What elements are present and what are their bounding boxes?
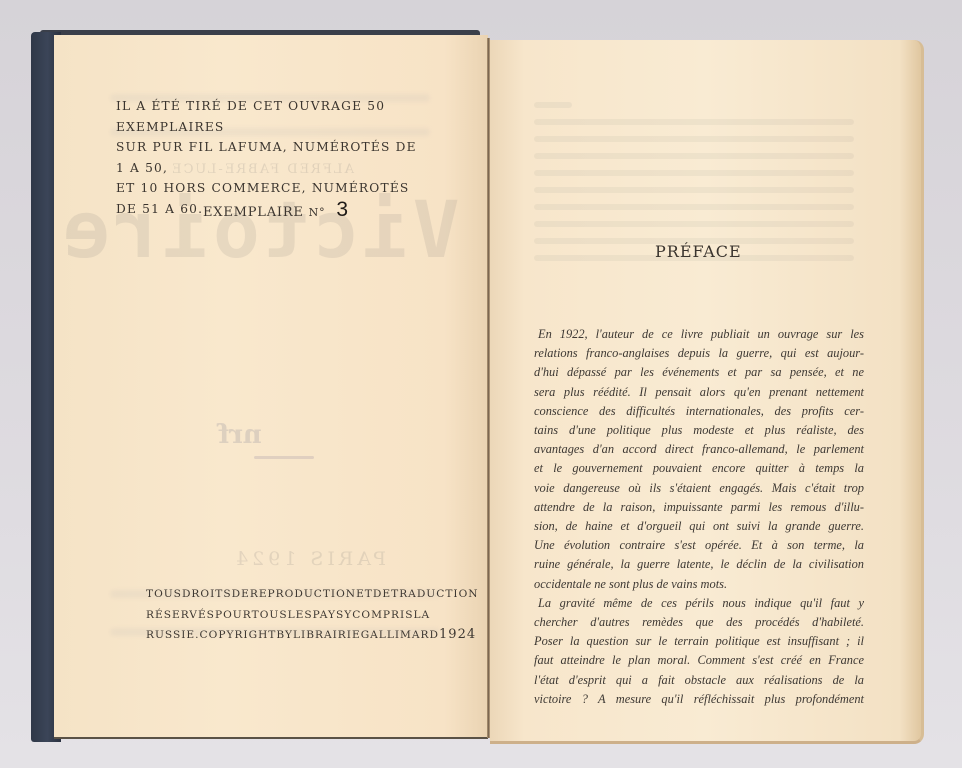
- limitation-line: IL A ÉTÉ TIRÉ DE CET OUVRAGE 50 EXEMPLAI…: [116, 96, 426, 137]
- text-line: La gravité même de ces périls nous indiq…: [534, 594, 864, 613]
- text-line: En 1922, l'auteur de ce livre publiait u…: [534, 325, 864, 344]
- rights-word: DROITS: [182, 584, 232, 605]
- rights-word: POUR: [215, 605, 252, 626]
- rights-word: RUSSIE.: [146, 625, 200, 646]
- rights-word: DE: [373, 584, 391, 605]
- rights-word: COPYRIGHT: [200, 625, 277, 646]
- preface-heading: PRÉFACE: [655, 242, 742, 261]
- rights-word: GALLIMARD: [361, 625, 439, 646]
- rights-year: 1924: [439, 625, 476, 646]
- rights-word: COMPRIS: [352, 605, 413, 626]
- rights-word: TRADUCTION: [391, 584, 478, 605]
- rights-line: RUSSIE. COPYRIGHT BY LIBRAIRIE GALLIMARD…: [146, 625, 418, 646]
- text-line: l'état d'esprit qui a fait obstacle aux …: [534, 671, 864, 690]
- rights-word: LES: [288, 605, 313, 626]
- rights-word: ET: [356, 584, 373, 605]
- preface-body: En 1922, l'auteur de ce livre publiait u…: [534, 325, 864, 709]
- text-line: Poser la question sur le terrain politiq…: [534, 632, 864, 651]
- text-line: d'hui dépassé par les événements et par …: [534, 363, 864, 382]
- text-line: Une évolution contraire s'est opérée. Et…: [534, 536, 864, 555]
- text-line: sion, de haine et d'orgueil qui ont suiv…: [534, 517, 864, 536]
- rights-word: BY: [276, 625, 293, 646]
- rights-word: RÉSERVÉS: [146, 605, 215, 626]
- text-line: ruine générale, la guerre latente, le dé…: [534, 555, 864, 574]
- exemplaire-number: 3: [336, 198, 348, 221]
- text-line: sera plus réédité. Il pensait alors qu'e…: [534, 383, 864, 402]
- rights-word: TOUS: [252, 605, 288, 626]
- number-abbrev: N°: [309, 206, 326, 219]
- text-line: avantages d'an accord direct franco-alle…: [534, 440, 864, 459]
- text-line: victoire ? A mesure qu'il réfléchissait …: [534, 690, 864, 709]
- limitation-line: SUR PUR FIL LAFUMA, NUMÉROTÉS DE 1 A 50,: [116, 137, 426, 178]
- rights-word: LA: [413, 605, 430, 626]
- text-line: voie dangereuse où ils s'étaient engagés…: [534, 479, 864, 498]
- exemplaire-label: EXEMPLAIRE: [203, 205, 304, 220]
- copy-number: EXEMPLAIRE N° 3: [203, 198, 349, 222]
- text-line: occidentale ne sont plus de vains mots.: [534, 575, 864, 594]
- text-line: attendre de la raison, impuissante parmi…: [534, 498, 864, 517]
- text-line: relations franco-anglaises depuis la gue…: [534, 344, 864, 363]
- rights-notice: TOUS DROITS DE REPRODUCTION ET DE TRADUC…: [146, 584, 418, 646]
- rights-line: RÉSERVÉS POUR TOUS LES PAYS Y COMPRIS LA: [146, 605, 418, 626]
- text-line: conscience des difficultés international…: [534, 402, 864, 421]
- rights-word: LIBRAIRIE: [293, 625, 361, 646]
- rights-line: TOUS DROITS DE REPRODUCTION ET DE TRADUC…: [146, 584, 418, 605]
- rights-word: PAYS: [313, 605, 345, 626]
- rights-word: TOUS: [146, 584, 182, 605]
- book-photo: ALFRED FABRE-LUCE La Victoire nrf PARIS …: [0, 0, 962, 768]
- text-line: et le gouvernement pouvaient encore quit…: [534, 459, 864, 478]
- text-line: faut atteindre le plan moral. Comment s'…: [534, 651, 864, 670]
- text-line: tains d'une politique plus modeste et pl…: [534, 421, 864, 440]
- rights-word: Y: [344, 605, 352, 626]
- rights-word: REPRODUCTION: [250, 584, 356, 605]
- text-line: chercher d'autres remèdes que des procéd…: [534, 613, 864, 632]
- show-through-logo-underline: [254, 456, 314, 459]
- rights-word: DE: [232, 584, 250, 605]
